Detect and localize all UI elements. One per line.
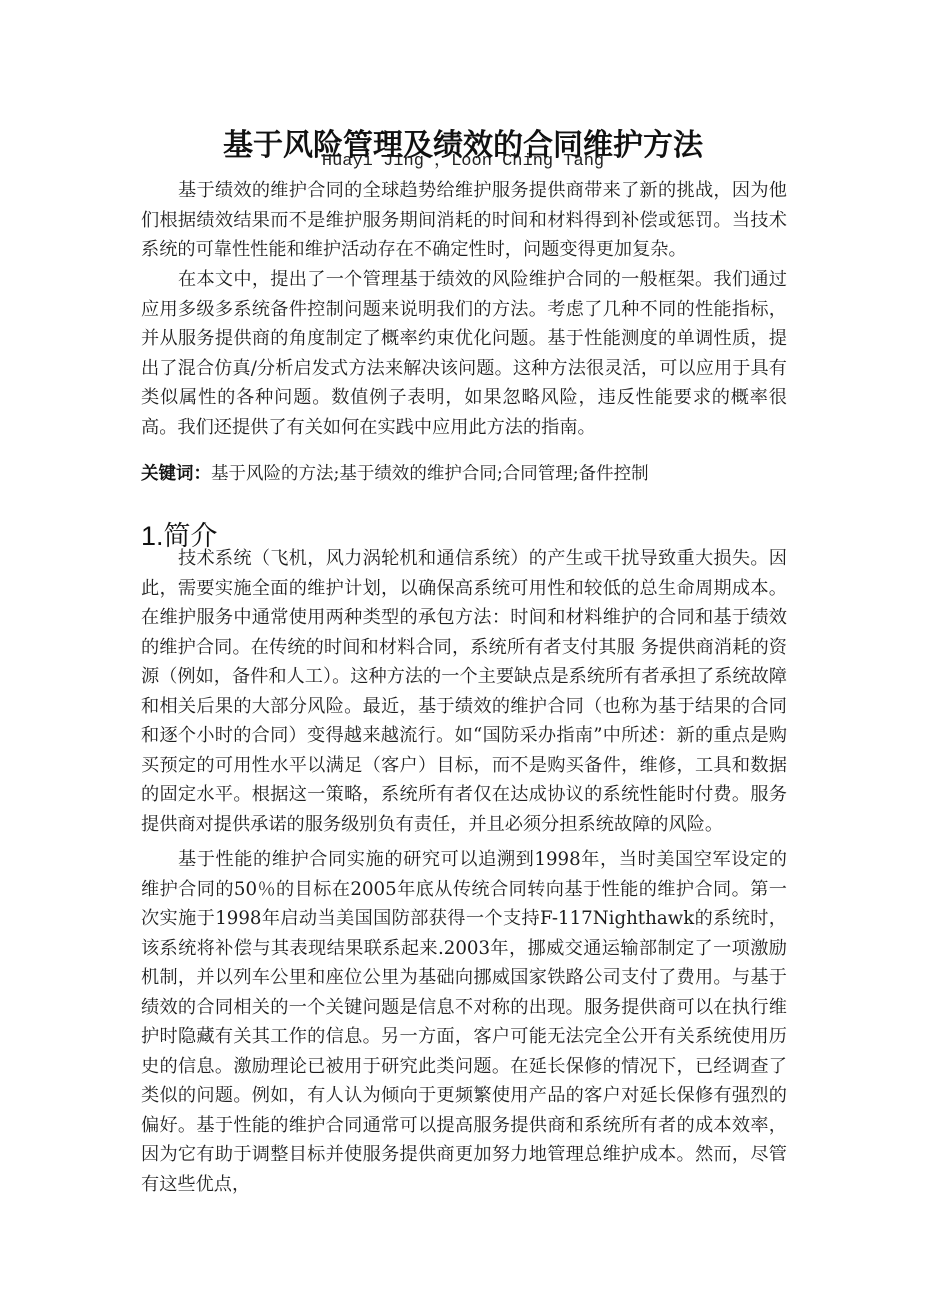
intro-paragraph: 基于性能的维护合同实施的研究可以追溯到1998年，当时美国空军设定的维护合同的5… bbox=[141, 845, 787, 1199]
abstract-paragraph: 基于绩效的维护合同的全球趋势给维护服务提供商带来了新的挑战，因为他们根据绩效结果… bbox=[141, 176, 787, 265]
paper-authors: Huayi Jing ，Loon Ching Tang bbox=[0, 150, 926, 174]
keywords-text: 基于风险的方法;基于绩效的维护合同;合同管理;备件控制 bbox=[211, 464, 649, 484]
keywords-label: 关键词： bbox=[141, 464, 211, 484]
keywords-line: 关键词：基于风险的方法;基于绩效的维护合同;合同管理;备件控制 bbox=[141, 460, 787, 488]
abstract-paragraph: 在本文中，提出了一个管理基于绩效的风险维护合同的一般框架。我们通过应用多级多系统… bbox=[141, 265, 787, 442]
intro-paragraph: 技术系统（飞机，风力涡轮机和通信系统）的产生或干扰导致重大损失。因此，需要实施全… bbox=[141, 544, 787, 839]
